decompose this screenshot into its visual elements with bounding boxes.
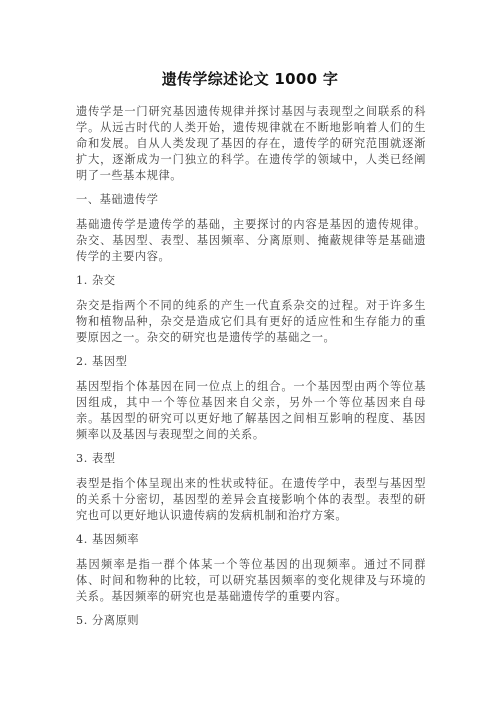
section-heading-basic-genetics: 一、基础遗传学 xyxy=(76,192,426,208)
section-text-basic-genetics: 基础遗传学是遗传学的基础，主要探讨的内容是基因的遗传规律。杂交、基因型、表型、基… xyxy=(76,217,426,265)
section-text-genotype: 基因型指个体基因在同一位点上的组合。一个基因型由两个等位基因组成，其中一个等位基… xyxy=(76,379,426,443)
section-heading-genotype: 2. 基因型 xyxy=(76,354,426,370)
section-heading-hybridization: 1. 杂交 xyxy=(76,273,426,289)
section-text-hybridization: 杂交是指两个不同的纯系的产生一代直系杂交的过程。对于许多生物和植物品种，杂交是造… xyxy=(76,298,426,346)
document-title: 遗传学综述论文 1000 字 xyxy=(0,68,500,89)
document-body: 遗传学是一门研究基因遗传规律并探讨基因与表现型之间联系的科学。从远古时代的人类开… xyxy=(76,104,426,638)
section-heading-segregation: 5. 分离原则 xyxy=(76,613,426,629)
section-heading-gene-frequency: 4. 基因频率 xyxy=(76,532,426,548)
section-text-gene-frequency: 基因频率是指一群个体某一个等位基因的出现频率。通过不同群体、时间和物种的比较，可… xyxy=(76,557,426,605)
intro-paragraph: 遗传学是一门研究基因遗传规律并探讨基因与表现型之间联系的科学。从远古时代的人类开… xyxy=(76,104,426,184)
section-text-phenotype: 表型是指个体呈现出来的性状或特征。在遗传学中，表型与基因型的关系十分密切，基因型… xyxy=(76,476,426,524)
section-heading-phenotype: 3. 表型 xyxy=(76,451,426,467)
document-page: 遗传学综述论文 1000 字 遗传学是一门研究基因遗传规律并探讨基因与表现型之间… xyxy=(0,0,500,707)
